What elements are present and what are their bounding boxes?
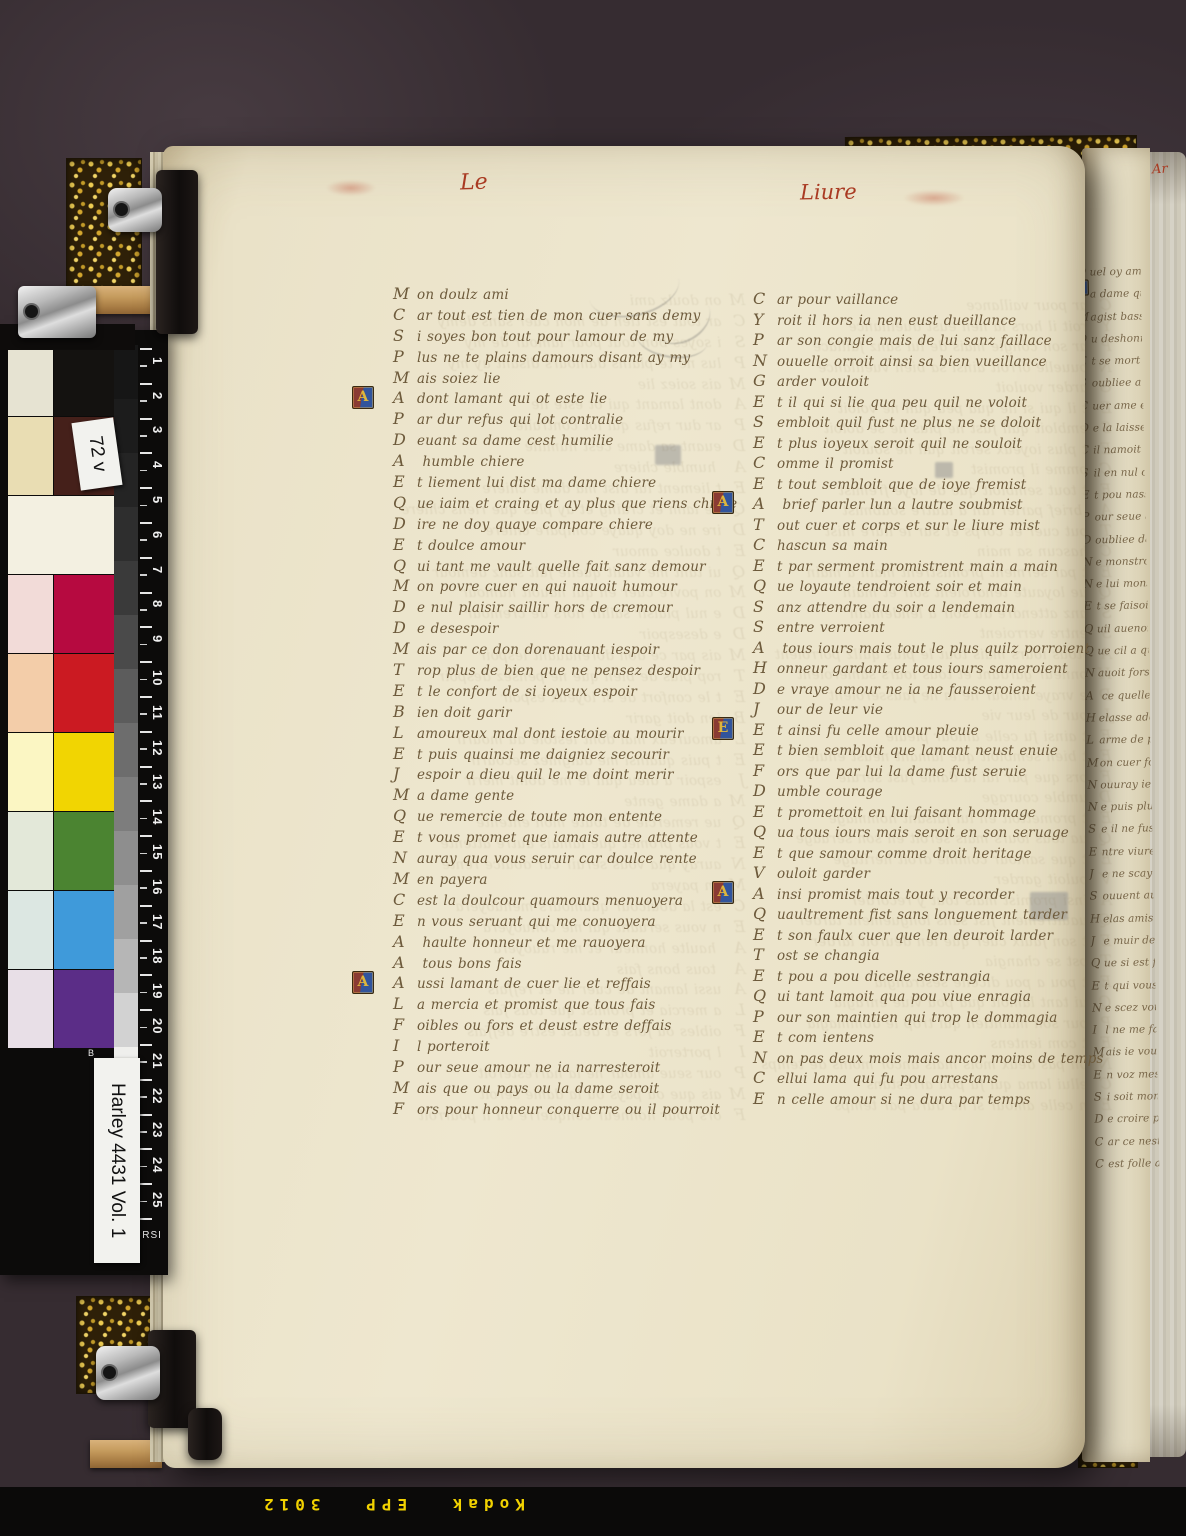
verse-line: Cest la doulcour quamours menuoyera <box>393 890 723 911</box>
verse-text: lus ne te plains damours disant ay my <box>417 350 690 366</box>
verse-line: De desespoir <box>393 618 723 639</box>
verse-text: e scez vous comment mo <box>1105 999 1160 1014</box>
illuminated-initial: A <box>712 491 734 514</box>
verse-text: tous bons fais <box>417 956 522 972</box>
ruler-number: 15 <box>150 844 165 860</box>
ruler-tick <box>140 800 152 802</box>
verse-line: Et par serment promistrent main a main <box>753 556 1078 577</box>
verse-capital: D <box>753 781 777 802</box>
verse-text: ue si est faulse mais <box>1104 955 1160 969</box>
ruler-number: 10 <box>150 670 165 686</box>
verse-line: Lamoureux mal dont iestoie au mourir <box>393 723 723 744</box>
ruler-tick <box>140 383 152 385</box>
ruler-minor-tick <box>140 1061 147 1063</box>
verse-line: En celle amour si ne dura par temps <box>753 1089 1078 1110</box>
ruler-number: 7 <box>150 566 165 574</box>
color-patch <box>54 891 114 969</box>
verse-text: ors que par lui la dame fust seruie <box>777 764 1027 780</box>
verse-text: our seue amour ne ia narresteroit <box>417 1060 660 1076</box>
verse-capital: D <box>393 430 417 451</box>
verse-text: t son faulx cuer que len deuroit larder <box>777 928 1053 944</box>
verse-capital: A <box>753 638 777 659</box>
verse-capital: C <box>393 890 417 911</box>
ruler-number: 16 <box>150 879 165 895</box>
verse-text: t liement lui dist ma dame chiere <box>417 475 656 491</box>
ruler-minor-tick <box>140 470 147 472</box>
ruler-tick <box>140 348 152 350</box>
verse-text: omme il promist <box>777 456 894 472</box>
verse-text: arder vouloit <box>777 374 869 390</box>
verse-line: Et plus ioyeux seroit quil ne souloit <box>753 433 1078 454</box>
verse-text: t il qui si lie qua peu quil ne voloit <box>777 395 1027 411</box>
verse-capital: D <box>1088 787 1112 808</box>
grayscale-step <box>114 345 138 399</box>
verse-text: e muir de dueil certes <box>1103 933 1159 947</box>
verse-capital: E <box>1088 480 1112 501</box>
verse-line: Et il qui si lie qua peu quil ne voloit <box>753 392 1078 413</box>
verse-line: Aussi lamant de cuer lie et reffais <box>393 973 723 994</box>
verse-capital: A <box>393 388 417 409</box>
verse-line: La mercia et promist que tous fais <box>393 994 723 1015</box>
ruler-number: 19 <box>150 983 165 999</box>
binder-clip-left <box>18 286 96 338</box>
color-patch <box>8 575 53 653</box>
verse-line: Mais que ou pays ou la dame seroit <box>393 1078 723 1099</box>
verse-line: Qua tous iours mais seroit en son seruag… <box>753 822 1078 843</box>
ruler-number: 20 <box>150 1018 165 1034</box>
ruler-tick <box>140 626 152 628</box>
verse-text: en payera <box>417 872 488 888</box>
ruler-tick <box>140 418 152 420</box>
verse-line: Que iaim et craing et ay plus que riens … <box>393 493 723 514</box>
verse-capital: A <box>721 959 745 980</box>
verse-capital: E <box>721 541 745 562</box>
verse-line: Jour de leur vie <box>753 699 1078 720</box>
verse-text: ors pour honneur conquerre ou il pourroi… <box>417 1102 720 1118</box>
verse-line: Que remercie de toute mon entente <box>393 806 723 827</box>
verse-text: t doulce amour <box>417 538 525 554</box>
verse-line: En vous seruant qui me conuoyera <box>393 911 723 932</box>
verse-capital: Q <box>1088 910 1112 931</box>
ruler-number: 21 <box>150 1053 165 1069</box>
verse-capital: Q <box>393 493 417 514</box>
verse-text: humble chiere <box>417 454 525 470</box>
verse-line: Dire ne doy quaye compare chiere <box>393 514 723 535</box>
verse-capital: D <box>393 597 417 618</box>
verse-capital: P <box>1088 1013 1112 1034</box>
verse-capital: M <box>721 791 745 812</box>
verse-capital: N <box>1088 357 1112 378</box>
verse-capital: E <box>1088 398 1112 419</box>
verse-capital: E <box>393 681 417 702</box>
verse-capital: N <box>753 1048 777 1069</box>
ruler-tick <box>140 557 152 559</box>
illuminated-initial: A <box>712 881 734 904</box>
verse-capital: I <box>721 1042 745 1063</box>
color-patch <box>54 654 114 732</box>
verse-text: dont lamant qui ot este lie <box>417 391 607 407</box>
verse-capital: V <box>1088 869 1112 890</box>
ruler-tick <box>140 731 152 733</box>
ruler-minor-tick <box>140 1201 147 1203</box>
ruler-minor-tick <box>140 887 147 889</box>
verse-line: Nauray qua vous seruir car doulce rente <box>393 848 723 869</box>
verse-capital: E <box>753 802 777 823</box>
verse-text: a mercia et promist que tous fais <box>417 997 655 1013</box>
verse-text: euant sa dame cest humilie <box>417 433 614 449</box>
color-patch <box>8 970 53 1048</box>
verse-line: Et son faulx cuer que len deuroit larder <box>753 925 1078 946</box>
verse-capital: A <box>1088 644 1112 665</box>
verse-capital: I <box>393 1036 417 1057</box>
verse-capital: C <box>1088 541 1112 562</box>
verse-line: De vraye amour ne ia ne fausseroient <box>753 679 1078 700</box>
verse-capital: T <box>393 660 417 681</box>
ruler-number: 22 <box>150 1088 165 1104</box>
rubric-offset-mark <box>903 190 965 206</box>
ruler-minor-tick <box>140 783 147 785</box>
verse-text: our son maintien qui trop le dommagia <box>777 1010 1058 1026</box>
verse-text: brief parler lun a lautre soubmist <box>777 497 1023 513</box>
verse-text: ais ie vous prie benigne <box>1106 1044 1160 1059</box>
verse-line: Cellui lama qui fu pou arrestans <box>753 1068 1078 1089</box>
verse-capital: J <box>753 699 777 720</box>
verse-line: Deuant sa dame cest humilie <box>393 430 723 451</box>
verse-line: Jespoir a dieu quil le me doint merir <box>393 764 723 785</box>
color-patch <box>8 654 53 732</box>
verse-line: Yroit il hors ia nen eust dueillance <box>753 310 1078 331</box>
verse-column-2: Car pour vaillanceYroit il hors ia nen e… <box>753 289 1078 1109</box>
verse-text: out cuer et corps et sur le liure mist <box>777 518 1040 534</box>
verse-capital: C <box>753 289 777 310</box>
shelfmark-label: Harley 4431 Vol. 1 <box>94 1058 140 1263</box>
verse-column-1: Mon doulz amiCar tout est tien de mon cu… <box>393 284 723 1120</box>
verse-line: Men payera <box>393 869 723 890</box>
verse-line: Ma dame gente <box>393 785 723 806</box>
verse-capital: C <box>393 305 417 326</box>
verse-capital: E <box>1088 439 1112 460</box>
ruler-minor-tick <box>140 922 147 924</box>
ruler-tick <box>140 974 152 976</box>
verse-capital: Q <box>753 904 777 925</box>
verse-capital: E <box>1088 931 1112 952</box>
verse-line: Qui tant lamoit qua pou viue enragia <box>753 986 1078 1007</box>
ruler-number: 24 <box>150 1157 165 1173</box>
verse-text: ue remercie de toute mon entente <box>417 809 662 825</box>
verse-capital: Q <box>753 822 777 843</box>
verse-line: Sembloit quil fust ne plus ne se doloit <box>753 412 1078 433</box>
verse-text: ais par ce don dorenauant iespoir <box>417 642 659 658</box>
verse-capital: C <box>1088 295 1112 316</box>
verse-capital: Q <box>393 556 417 577</box>
ruler-number: 13 <box>150 774 165 790</box>
verse-capital: A <box>1088 890 1112 911</box>
verse-text: ien doit garir <box>417 705 512 721</box>
verse-capital: S <box>1088 623 1112 644</box>
ruler-tick <box>140 835 152 837</box>
ruler-minor-tick <box>140 505 147 507</box>
verse-text: rop plus de bien que ne pensez despoir <box>417 663 700 679</box>
verse-capital: B <box>393 702 417 723</box>
verse-line: Trop plus de bien que ne pensez despoir <box>393 660 723 681</box>
verse-capital: P <box>721 415 745 436</box>
verse-line: Et vous promet que iamais autre attente <box>393 827 723 848</box>
verse-capital: P <box>1088 336 1112 357</box>
verse-capital: M <box>721 645 745 666</box>
verse-line: Pour son maintien qui trop le dommagia <box>753 1007 1078 1028</box>
verse-capital: F <box>1088 767 1112 788</box>
ruler-minor-tick <box>140 748 147 750</box>
verse-line: Et puis quainsi me daigniez secourir <box>393 744 723 765</box>
verse-capital: E <box>753 1089 777 1110</box>
verse-capital: N <box>753 351 777 372</box>
ruler-minor-tick <box>140 713 147 715</box>
page-clamp-top <box>156 170 198 334</box>
verse-capital: E <box>753 433 777 454</box>
verse-line: Sanz attendre du soir a lendemain <box>753 597 1078 618</box>
verse-capital: M <box>721 582 745 603</box>
verse-capital: M <box>393 1078 417 1099</box>
verse-text: n celle amour si ne dura par temps <box>777 1092 1031 1108</box>
ruler-number: 5 <box>150 496 165 504</box>
ruler-number: 9 <box>150 635 165 643</box>
verse-capital: T <box>721 666 745 687</box>
ruler-minor-tick <box>140 400 147 402</box>
color-patch <box>8 733 53 811</box>
verse-capital: C <box>1094 1130 1107 1153</box>
verse-line: Plus ne te plains damours disant ay my <box>393 347 723 368</box>
verse-capital: A <box>753 494 777 515</box>
ruler-minor-tick <box>140 853 147 855</box>
verse-text: espoir a dieu quil le me doint merir <box>417 767 674 783</box>
ruler-minor-tick <box>140 435 147 437</box>
ruler-minor-tick <box>140 957 147 959</box>
ruler-number: 12 <box>150 740 165 756</box>
verse-capital: E <box>753 925 777 946</box>
verse-capital: Q <box>393 806 417 827</box>
verse-capital: E <box>753 720 777 741</box>
ruler-tick <box>140 1218 152 1220</box>
color-patch-row <box>8 812 114 890</box>
verse-capital: A <box>721 938 745 959</box>
verse-capital: D <box>393 618 417 639</box>
verse-capital: G <box>753 371 777 392</box>
right-page-running-title: Ar <box>1152 162 1168 178</box>
ruler-minor-tick <box>140 539 147 541</box>
verse-text: t qui vous ment <box>1104 978 1159 992</box>
ruler-minor-tick <box>140 365 147 367</box>
ruler-tick <box>140 1114 152 1116</box>
verse-line: Dumble courage <box>753 781 1078 802</box>
color-patch <box>8 417 53 495</box>
verse-capital: C <box>753 535 777 556</box>
grayscale-step <box>114 777 138 831</box>
verse-text: ar ce nest rien fors pou <box>1108 1133 1160 1148</box>
verse-line: Mais par ce don dorenauant iespoir <box>393 639 723 660</box>
grayscale-step <box>114 399 138 453</box>
ruler-tick <box>140 522 152 524</box>
ruler-tick <box>140 661 152 663</box>
verse-line: Et pou a pou dicelle sestrangia <box>753 966 1078 987</box>
ruler-tick <box>140 1148 152 1150</box>
verse-text: insi promist mais tout y recorder <box>777 887 1014 903</box>
verse-capital: V <box>753 863 777 884</box>
ruler-number: 3 <box>150 426 165 434</box>
grayscale-step <box>114 615 138 669</box>
verse-capital: S <box>753 597 777 618</box>
verse-capital: E <box>753 740 777 761</box>
verse-capital: D <box>753 679 777 700</box>
verse-line: Et doulce amour <box>393 535 723 556</box>
ruler-tick <box>140 870 152 872</box>
verse-capital: A <box>393 973 417 994</box>
verse-capital: E <box>1088 849 1112 870</box>
verse-text: on doulz ami <box>417 287 509 303</box>
verse-text: t bien sembloit que lamant neust enuie <box>777 743 1058 759</box>
verse-capital: E <box>753 966 777 987</box>
verse-text: on povre cuer en qui nauoit humour <box>417 579 677 595</box>
color-patch-row <box>8 654 114 732</box>
verse-capital: E <box>721 833 745 854</box>
verse-text: ue iaim et craing et ay plus que riens c… <box>417 496 737 512</box>
ruler-tick <box>140 905 152 907</box>
verse-text: roit il hors ia nen eust dueillance <box>777 313 1016 329</box>
grayscale-step <box>114 993 138 1047</box>
verse-line: Et promettoit en lui faisant hommage <box>753 802 1078 823</box>
verse-capital: J <box>1088 705 1112 726</box>
verse-text: ui tant me vault quelle fait sanz demour <box>417 559 706 575</box>
verse-capital: C <box>753 1068 777 1089</box>
verse-text: a dame gente <box>417 788 514 804</box>
verse-text: ost se changia <box>777 948 880 964</box>
verse-line: Car pour vaillance <box>753 289 1078 310</box>
verse-capital: E <box>753 474 777 495</box>
verse-capital: E <box>393 827 417 848</box>
verse-capital: E <box>393 911 417 932</box>
verse-text: anz attendre du soir a lendemain <box>777 600 1015 616</box>
verse-capital: F <box>721 1105 745 1126</box>
verse-capital: P <box>753 330 777 351</box>
verse-text: ar son congie mais de lui sanz faillace <box>777 333 1052 349</box>
verse-capital: D <box>1088 685 1112 706</box>
verse-text: haulte honneur et me rauoyera <box>417 935 646 951</box>
verse-capital: D <box>721 436 745 457</box>
verse-capital: D <box>721 520 745 541</box>
color-patch-row <box>8 891 114 969</box>
verse-line: Mon doulz ami <box>393 284 723 305</box>
verse-text: ais soiez lie <box>417 371 501 387</box>
verse-text: est folle attente <box>1108 1156 1160 1170</box>
verse-text: l porteroit <box>417 1039 490 1055</box>
verse-line: A brief parler lun a lautre soubmist <box>753 494 1078 515</box>
ruler-tick <box>140 1009 152 1011</box>
verse-capital: Q <box>1088 828 1112 849</box>
ruler-minor-tick <box>140 1027 147 1029</box>
verse-capital: Q <box>721 562 745 583</box>
verse-text: our de leur vie <box>777 702 883 718</box>
verse-text: ui tant lamoit qua pou viue enragia <box>777 989 1031 1005</box>
verse-line: Car tout est tien de mon cuer sans demy <box>393 305 723 326</box>
verse-capital: E <box>393 472 417 493</box>
ruler-number: 6 <box>150 531 165 539</box>
color-patch <box>54 733 114 811</box>
verse-capital: Q <box>721 812 745 833</box>
verse-line: Et bien sembloit que lamant neust enuie <box>753 740 1078 761</box>
ruler-number: 25 <box>150 1192 165 1208</box>
verse-capital: A <box>393 953 417 974</box>
grayscale-step <box>114 939 138 993</box>
verse-line: Quaultrement fist sans longuement tarder <box>753 904 1078 925</box>
verse-capital: S <box>1088 418 1112 439</box>
fore-edge-right <box>1148 152 1186 1457</box>
verse-capital: M <box>393 785 417 806</box>
verse-capital: P <box>393 409 417 430</box>
verse-capital: D <box>721 624 745 645</box>
verse-capital: C <box>1088 459 1112 480</box>
verse-capital: L <box>393 994 417 1015</box>
verse-line: Mais soiez lie <box>393 368 723 389</box>
verse-capital: J <box>393 764 417 785</box>
verse-capital: A <box>393 932 417 953</box>
verse-capital: E <box>753 392 777 413</box>
verse-line: Ainsi promist mais tout y recorder <box>753 884 1078 905</box>
verse-capital: C <box>753 453 777 474</box>
verse-text: e nul plaisir saillir hors de cremour <box>417 600 672 616</box>
verse-capital: E <box>1088 746 1112 767</box>
verse-capital: H <box>753 658 777 679</box>
verse-text: t par serment promistrent main a main <box>777 559 1058 575</box>
verse-line: Garder vouloit <box>753 371 1078 392</box>
verse-line: Si soyes bon tout pour lamour de my <box>393 326 723 347</box>
running-title-left: Le <box>460 170 488 196</box>
verse-text: e desespoir <box>417 621 499 637</box>
verse-capital: Q <box>753 986 777 1007</box>
verse-capital: F <box>721 1021 745 1042</box>
verse-line: Cest folle attente <box>1095 1151 1159 1175</box>
verse-text: t le confort de si ioyeux espoir <box>417 684 637 700</box>
verse-capital: P <box>753 1007 777 1028</box>
verse-text: ar pour vaillance <box>777 292 898 308</box>
color-patch <box>8 496 114 574</box>
verse-capital: T <box>753 515 777 536</box>
ruler-number: 4 <box>150 461 165 469</box>
illuminated-initial: A <box>352 386 374 409</box>
verse-capital: P <box>393 1057 417 1078</box>
verse-text: ue loyaute tendroient soir et main <box>777 579 1022 595</box>
verse-line: Par son congie mais de lui sanz faillace <box>753 330 1078 351</box>
verse-line: Non pas deux mois mais ancor moins de te… <box>753 1048 1078 1069</box>
verse-text: embloit quil fust ne plus ne se doloit <box>777 415 1041 431</box>
verse-line: Adont lamant qui ot este lie <box>393 388 723 409</box>
verse-line: Sentre verroient <box>753 617 1078 638</box>
verse-line: De nul plaisir saillir hors de cremour <box>393 597 723 618</box>
ruler-number: 17 <box>150 914 165 930</box>
verse-capital: M <box>721 1084 745 1105</box>
illuminated-initial: E <box>712 717 734 740</box>
verse-capital: J <box>721 770 745 791</box>
verse-text: umble courage <box>777 784 883 800</box>
verse-capital: F <box>393 1099 417 1120</box>
ruler-number: 23 <box>150 1122 165 1138</box>
verse-capital: Q <box>753 576 777 597</box>
verse-capital: P <box>721 1063 745 1084</box>
ruler-minor-tick <box>140 1166 147 1168</box>
verse-text: ellui lama qui fu pou arrestans <box>777 1071 998 1087</box>
film-stock-label: Kodak EPP 3012 <box>258 1495 525 1514</box>
verse-capital: M <box>721 290 745 311</box>
verse-capital: E <box>721 750 745 771</box>
ruler-minor-tick <box>140 1131 147 1133</box>
